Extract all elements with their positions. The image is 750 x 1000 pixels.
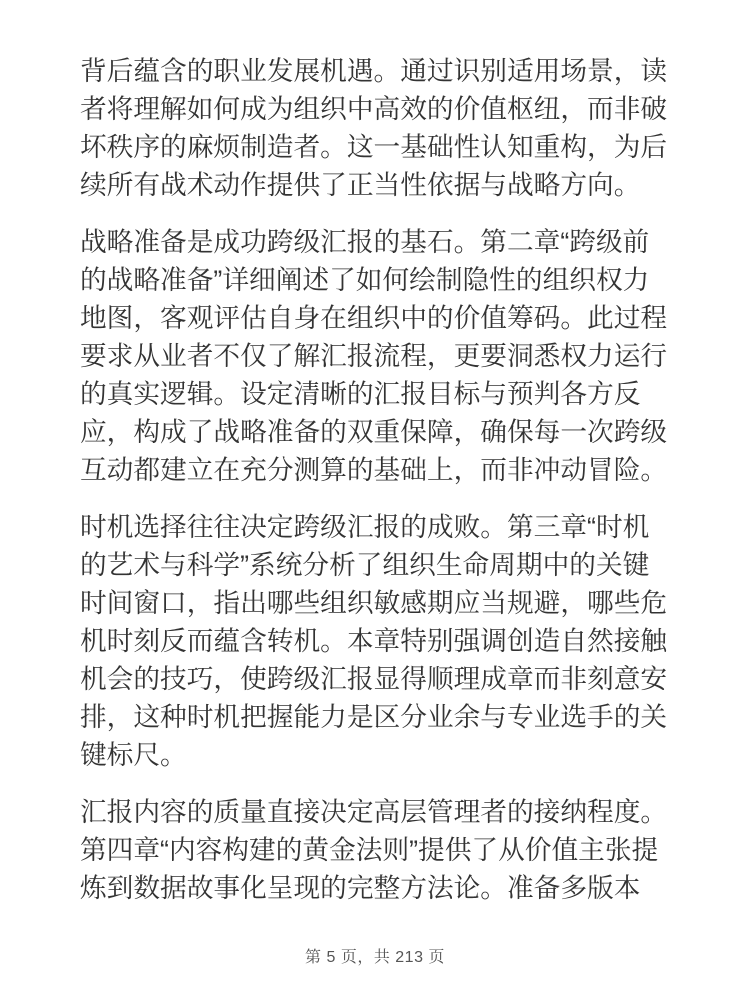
page-footer: 第 5 页，共 213 页 xyxy=(0,948,750,968)
paragraph-4: 汇报内容的质量直接决定高层管理者的接纳程度。第四章“内容构建的黄金法则”提供了从… xyxy=(80,793,668,907)
document-page: 背后蕴含的职业发展机遇。通过识别适用场景，读者将理解如何成为组织中高效的价值枢纽… xyxy=(0,0,750,1000)
paragraph-1: 背后蕴含的职业发展机遇。通过识别适用场景，读者将理解如何成为组织中高效的价值枢纽… xyxy=(80,52,668,204)
paragraph-3: 时机选择往往决定跨级汇报的成败。第三章“时机的艺术与科学”系统分析了组织生命周期… xyxy=(80,508,668,774)
paragraph-2: 战略准备是成功跨级汇报的基石。第二章“跨级前的战略准备”详细阐述了如何绘制隐性的… xyxy=(80,223,668,489)
page-number-indicator: 第 5 页，共 213 页 xyxy=(305,949,445,966)
